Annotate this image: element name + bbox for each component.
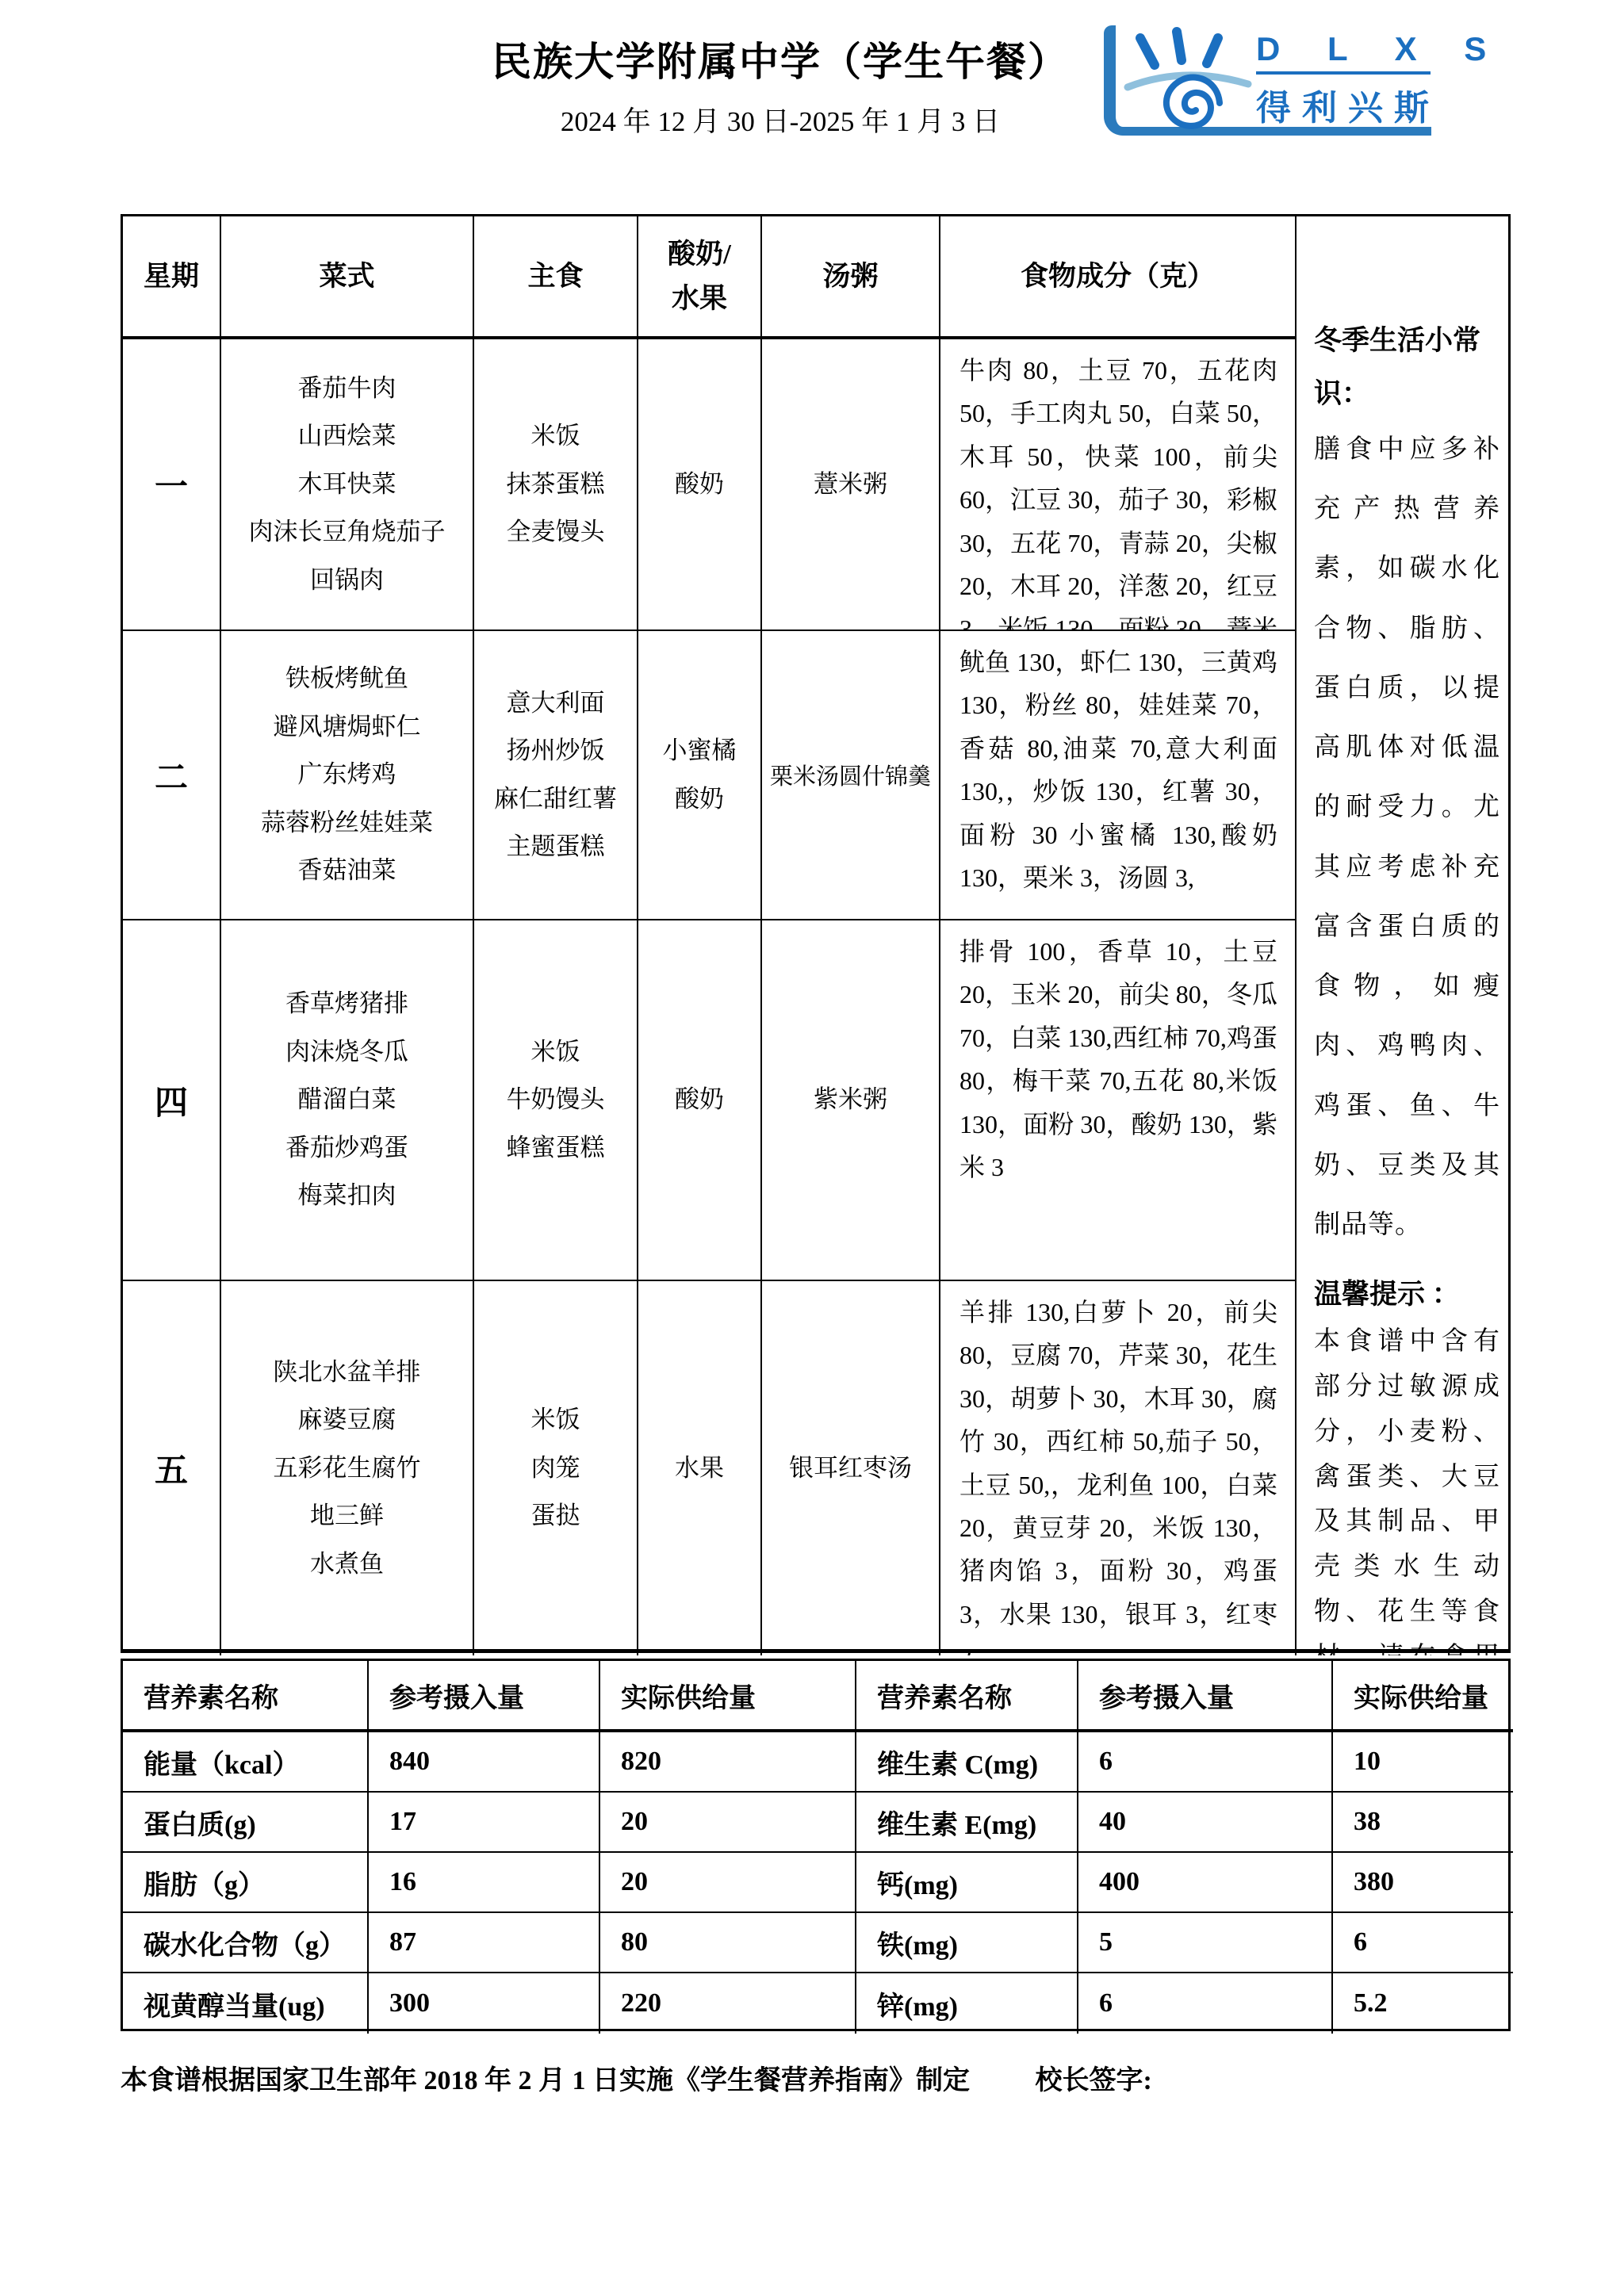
weekly-menu-table: 星期 菜式 主食 酸奶/ 水果 汤粥 食物成分（克） 冬季生活小常识： 膳食中应…	[121, 214, 1511, 1653]
staples-cell: 米饭 抹茶蛋糕 全麦馒头	[474, 339, 638, 631]
actual-supply: 5.2	[1333, 1973, 1513, 2034]
nutrition-header: 参考摄入量	[1078, 1661, 1333, 1732]
composition-cell: 排骨 100，香草 10，土豆 20，玉米 20，前尖 80，冬瓜 70，白菜 …	[940, 920, 1297, 1281]
nutrient-name: 视黄醇当量(ug)	[123, 1973, 369, 2034]
nutrient-name: 蛋白质(g)	[123, 1793, 369, 1853]
yogurt-fruit-cell: 小蜜橘 酸奶	[638, 631, 762, 920]
reference-intake: 87	[369, 1913, 600, 1973]
staples-cell: 米饭 肉笼 蛋挞	[474, 1281, 638, 1655]
actual-supply: 20	[600, 1853, 856, 1913]
reference-intake: 300	[369, 1973, 600, 2034]
reference-intake: 840	[369, 1732, 600, 1793]
nutrient-name: 维生素 C(mg)	[856, 1732, 1078, 1793]
dishes-cell: 番茄牛肉 山西烩菜 木耳快菜 肉沫长豆角烧茄子 回锅肉	[221, 339, 474, 631]
nutrition-header: 营养素名称	[856, 1661, 1078, 1732]
nutrient-name: 碳水化合物（g）	[123, 1913, 369, 1973]
composition-cell: 牛肉 80，土豆 70，五花肉 50，手工肉丸 50，白菜 50，木耳 50，快…	[940, 339, 1297, 631]
menu-header-weekday: 星期	[123, 216, 221, 339]
reference-intake: 16	[369, 1853, 600, 1913]
company-logo: D L X S 得利兴斯	[1104, 22, 1437, 140]
sidebar-notes: 冬季生活小常识： 膳食中应多补充产热营养素，如碳水化合物、脂肪、蛋白质，以提高肌…	[1297, 216, 1513, 1655]
menu-header-soup: 汤粥	[762, 216, 940, 339]
yogurt-fruit-cell: 水果	[638, 1281, 762, 1655]
logo-acronym: D L X S	[1256, 30, 1431, 75]
nutrient-name: 铁(mg)	[856, 1913, 1078, 1973]
nutrient-name: 能量（kcal）	[123, 1732, 369, 1793]
reference-intake: 6	[1078, 1732, 1333, 1793]
nutrition-header: 实际供给量	[600, 1661, 856, 1732]
menu-header-dishes: 菜式	[221, 216, 474, 339]
nutrient-name: 钙(mg)	[856, 1853, 1078, 1913]
day-cell: 二	[123, 631, 221, 920]
dishes-cell: 铁板烤鱿鱼 避风塘焗虾仁 广东烤鸡 蒜蓉粉丝娃娃菜 香菇油菜	[221, 631, 474, 920]
menu-header-yogurt-fruit: 酸奶/ 水果	[638, 216, 762, 339]
day-cell: 四	[123, 920, 221, 1281]
eye-spiral-icon	[1116, 24, 1259, 135]
allergy-notice-title: 温馨提示 ：	[1314, 1269, 1500, 1319]
soup-cell: 薏米粥	[762, 339, 940, 631]
dishes-cell: 陕北水盆羊排 麻婆豆腐 五彩花生腐竹 地三鲜 水煮鱼	[221, 1281, 474, 1655]
yogurt-fruit-cell: 酸奶	[638, 920, 762, 1281]
reference-intake: 6	[1078, 1973, 1333, 2034]
soup-cell: 紫米粥	[762, 920, 940, 1281]
staples-cell: 米饭 牛奶馒头 蜂蜜蛋糕	[474, 920, 638, 1281]
reference-intake: 40	[1078, 1793, 1333, 1853]
logo-text-block: D L X S 得利兴斯	[1256, 30, 1431, 130]
composition-cell: 羊排 130,白萝卜 20，前尖 80，豆腐 70，芹菜 30，花生 30，胡萝…	[940, 1281, 1297, 1655]
nutrition-header: 营养素名称	[123, 1661, 369, 1732]
actual-supply: 820	[600, 1732, 856, 1793]
actual-supply: 38	[1333, 1793, 1513, 1853]
actual-supply: 10	[1333, 1732, 1513, 1793]
dishes-cell: 香草烤猪排 肉沫烧冬瓜 醋溜白菜 番茄炒鸡蛋 梅菜扣肉	[221, 920, 474, 1281]
soup-cell: 银耳红枣汤	[762, 1281, 940, 1655]
menu-header-composition: 食物成分（克）	[940, 216, 1297, 339]
nutrient-name: 维生素 E(mg)	[856, 1793, 1078, 1853]
nutrient-name: 脂肪（g）	[123, 1853, 369, 1913]
day-cell: 五	[123, 1281, 221, 1655]
nutrition-header: 参考摄入量	[369, 1661, 600, 1732]
actual-supply: 6	[1333, 1913, 1513, 1973]
guideline-note: 本食谱根据国家卫生部年 2018 年 2 月 1 日实施《学生餐营养指南》制定	[121, 2066, 970, 2095]
nutrition-table: 营养素名称 参考摄入量 实际供给量 营养素名称 参考摄入量 实际供给量 能量（k…	[121, 1659, 1511, 2031]
logo-name: 得利兴斯	[1256, 79, 1431, 130]
menu-header-staple: 主食	[474, 216, 638, 339]
nutrient-name: 锌(mg)	[856, 1973, 1078, 2034]
allergy-notice-body: 本食谱中含有部分过敏源成分，小麦粉、禽蛋类、大豆及其制品、甲壳类水生动物、花生等…	[1314, 1319, 1500, 1655]
staples-cell: 意大利面 扬州炒饭 麻仁甜红薯 主题蛋糕	[474, 631, 638, 920]
lunch-menu-document: 民族大学附属中学（学生午餐） 2024 年 12 月 30 日-2025 年 1…	[0, 0, 1624, 2296]
footer-note-line: 本食谱根据国家卫生部年 2018 年 2 月 1 日实施《学生餐营养指南》制定 …	[121, 2058, 1152, 2097]
actual-supply: 20	[600, 1793, 856, 1853]
reference-intake: 5	[1078, 1913, 1333, 1973]
reference-intake: 400	[1078, 1853, 1333, 1913]
nutrition-header: 实际供给量	[1333, 1661, 1513, 1732]
winter-tips-body: 膳食中应多补充产热营养素，如碳水化合物、脂肪、蛋白质，以提高肌体对低温的耐受力。…	[1314, 420, 1500, 1255]
yogurt-fruit-cell: 酸奶	[638, 339, 762, 631]
actual-supply: 80	[600, 1913, 856, 1973]
day-cell: 一	[123, 339, 221, 631]
winter-tips-title: 冬季生活小常识：	[1314, 315, 1500, 420]
principal-signature-label: 校长签字:	[1036, 2066, 1152, 2095]
composition-cell: 鱿鱼 130，虾仁 130，三黄鸡 130，粉丝 80，娃娃菜 70，香菇 80…	[940, 631, 1297, 920]
reference-intake: 17	[369, 1793, 600, 1853]
actual-supply: 380	[1333, 1853, 1513, 1913]
soup-cell: 栗米汤圆什锦羹	[762, 631, 940, 920]
actual-supply: 220	[600, 1973, 856, 2034]
